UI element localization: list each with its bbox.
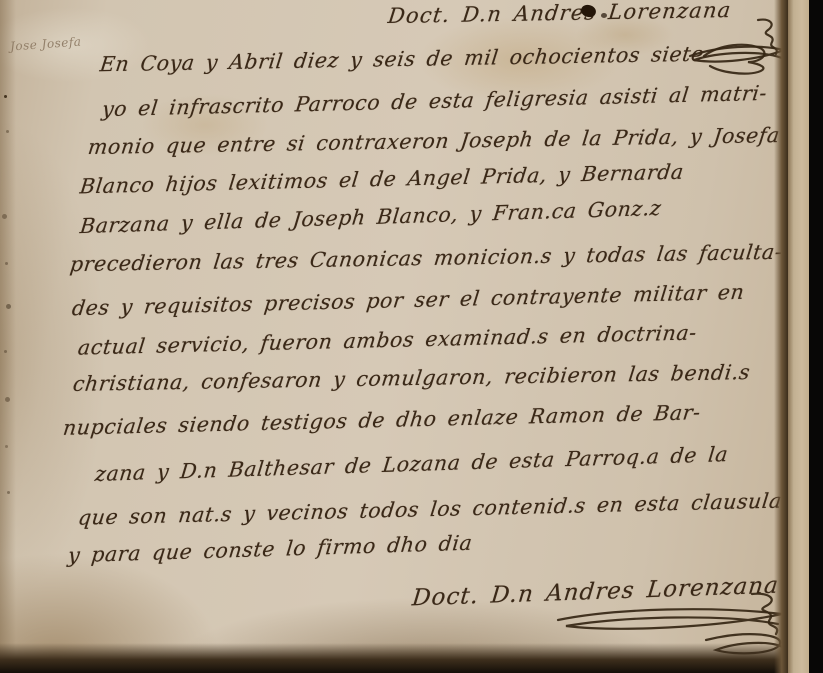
manuscript-page: Doct. D.n Andres Lorenzana Jose Josefa E… (0, 0, 784, 673)
manuscript-photo: Doct. D.n Andres Lorenzana Jose Josefa E… (0, 0, 823, 673)
facing-page-edge: An En Oct an rec ev las di n n a fi q o … (788, 0, 811, 673)
body-line: actual servicio, fueron ambos examinad.s… (77, 321, 698, 359)
page-bottom-edge (0, 643, 784, 673)
body-line: des y requisitos precisos por ser el con… (71, 281, 746, 320)
body-line: En Coya y Abril diez y seis de mil ochoc… (99, 43, 706, 76)
line1-rubric-flourish (700, 38, 772, 76)
page-left-edge-shading (0, 0, 16, 673)
ink-blot (601, 13, 607, 18)
photo-black-edge (809, 0, 823, 673)
body-line: zana y D.n Balthesar de Lozana de esta P… (94, 443, 729, 486)
body-line: nupciales siendo testigos de dho enlaze … (62, 401, 702, 439)
body-line: christiana, confesaron y comulgaron, rec… (72, 361, 752, 395)
body-line: que son nat.s y vecinos todos los conten… (77, 489, 791, 529)
margin-note-names: Jose Josefa (10, 36, 82, 53)
body-line: y para que conste lo firmo dho dia (67, 532, 474, 567)
body-line: yo el infrascrito Parroco de esta feligr… (101, 82, 769, 121)
body-line: precedieron las tres Canonicas monicion.… (69, 241, 784, 276)
body-line: Barzana y ella de Joseph Blanco, y Fran.… (79, 197, 663, 238)
book-gutter-shadow (774, 0, 788, 673)
header-attribution: Doct. D.n Andres Lorenzana (387, 0, 733, 28)
body-line: Blanco hijos lexitimos el de Angel Prida… (79, 161, 685, 198)
body-line: monio que entre si contraxeron Joseph de… (87, 124, 782, 159)
